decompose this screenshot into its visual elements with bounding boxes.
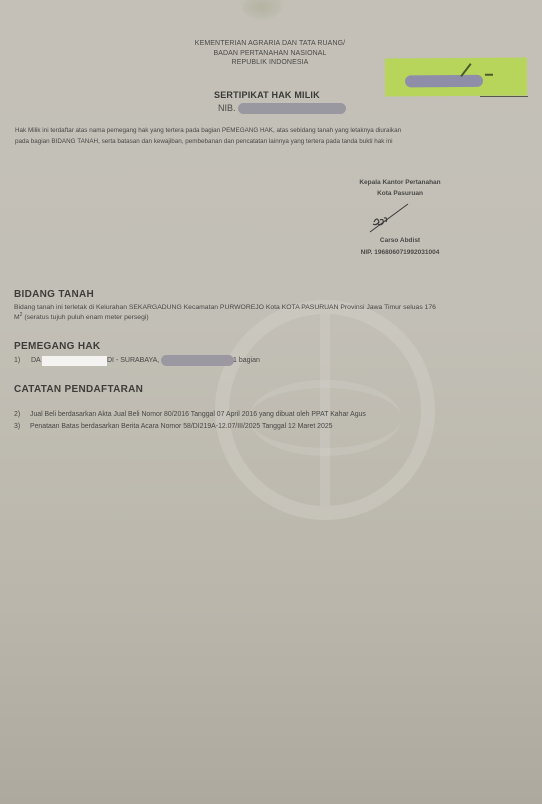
holder-entry: 1) DA DI - SURABAYA, 1 bagian [14, 357, 314, 369]
label-underline [480, 96, 528, 97]
ministry-line-3: REPUBLIK INDONESIA [150, 58, 390, 68]
nib-label: NIB. [218, 103, 236, 113]
certificate-title: SERTIPIKAT HAK MILIK [214, 90, 320, 100]
redacted-label-number [405, 75, 483, 88]
ministry-line-1: KEMENTERIAN AGRARIA DAN TATA RUANG/ [150, 39, 390, 49]
signatory-city: Kota Pasuruan [340, 190, 460, 197]
catatan-pendaftaran-heading: CATATAN PENDAFTARAN [14, 384, 143, 395]
pemegang-hak-heading: PEMEGANG HAK [14, 341, 100, 352]
bpn-watermark-icon [215, 300, 435, 520]
handwritten-mark [485, 74, 493, 76]
intro-text-line-1: Hak Milik ini terdaftar atas nama pemega… [15, 126, 530, 136]
redacted-nib-number [238, 103, 346, 114]
redacted-holder-name [42, 356, 107, 366]
registration-entry: 3)Penataan Batas berdasarkan Berita Acar… [14, 423, 333, 430]
signatory-nip: NIP. 196806071992031004 [330, 249, 470, 256]
bidang-tanah-area: M2 (seratus tujuh puluh enam meter perse… [14, 311, 149, 322]
signatory-name: Carso Abdist [340, 237, 460, 244]
certificate-page: KEMENTERIAN AGRARIA DAN TATA RUANG/ BADA… [0, 0, 542, 804]
signature-icon [368, 200, 418, 236]
bidang-tanah-heading: BIDANG TANAH [14, 289, 94, 300]
registration-entry: 2)Jual Beli berdasarkan Akta Jual Beli N… [14, 411, 366, 418]
ministry-line-2: BADAN PERTANAHAN NASIONAL [150, 49, 390, 59]
green-sticker-label [385, 58, 527, 97]
intro-text-line-2: pada bagian BIDANG TANAH, serta batasan … [15, 137, 530, 147]
redacted-holder-date [161, 355, 234, 366]
signatory-office: Kepala Kantor Pertanahan [340, 179, 460, 186]
garuda-emblem-icon [240, 0, 284, 20]
